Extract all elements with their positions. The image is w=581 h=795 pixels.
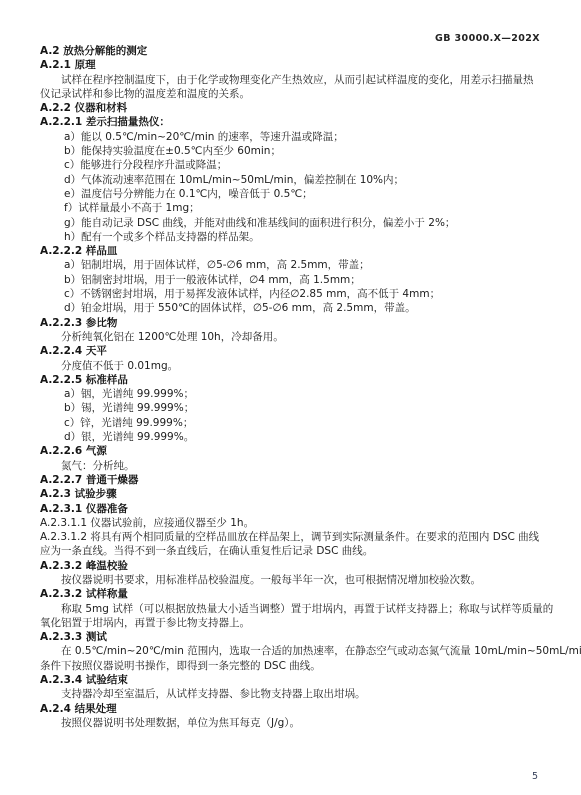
- paragraph-line: 分析纯氧化铝在 1200℃处理 10h，冷却备用。: [40, 330, 543, 344]
- paragraph-line: 氧化铝置于坩埚内，再置于参比物支持器上。: [40, 616, 543, 630]
- list-item: a）能以 0.5℃/min~20℃/min 的速率，等速升温或降温；: [40, 130, 543, 144]
- list-item: b）铝制密封坩埚，用于一般液体试样，∅4 mm，高 1.5mm；: [40, 273, 543, 287]
- list-item: e）温度信号分辨能力在 0.1℃内，噪音低于 0.5℃；: [40, 187, 543, 201]
- list-item: d）银，光谱纯 99.999%。: [40, 430, 543, 444]
- paragraph-line: 称取 5mg 试样（可以根据放热量大小适当调整）置于坩埚内，再置于试样支持器上；…: [40, 602, 543, 616]
- list-item: c）能够进行分段程序升温或降温；: [40, 158, 543, 172]
- paragraph-line: 仪记录试样和参比物的温度差和温度的关系。: [40, 87, 543, 101]
- section-heading: A.2.2.4 天平: [40, 344, 543, 358]
- section-heading: A.2.2.6 气源: [40, 444, 543, 458]
- list-item: c）锌，光谱纯 99.999%；: [40, 416, 543, 430]
- list-item: b）能保持实验温度在±0.5℃内至少 60min；: [40, 144, 543, 158]
- standard-code-header: GB 30000.X—202X: [435, 33, 540, 44]
- list-item: c）不锈钢密封坩埚，用于易挥发液体试样，内径∅2.85 mm，高不低于 4mm；: [40, 287, 543, 301]
- paragraph-line: 在 0.5℃/min~20℃/min 范围内，选取一合适的加热速率，在静态空气或…: [40, 644, 543, 658]
- section-heading: A.2.2.1 差示扫描量热仪：: [40, 115, 543, 129]
- list-item: d）铂金坩埚，用于 550℃的固体试样，∅5-∅6 mm，高 2.5mm，带盖。: [40, 301, 543, 315]
- list-item: f）试样量最小不高于 1mg；: [40, 201, 543, 215]
- paragraph-line: 支持器冷却至室温后，从试样支持器、参比物支持器上取出坩埚。: [40, 687, 543, 701]
- section-heading: A.2.3.3 测试: [40, 630, 543, 644]
- document-page: GB 30000.X—202X A.2 放热分解能的测定 A.2.1 原理 试样…: [0, 0, 581, 795]
- section-heading: A.2.2.3 参比物: [40, 316, 543, 330]
- list-item: g）能自动记录 DSC 曲线，并能对曲线和准基线间的面积进行积分，偏差小于 2%…: [40, 216, 543, 230]
- paragraph-line: 按照仪器说明书处理数据，单位为焦耳每克（J/g）。: [40, 716, 543, 730]
- section-heading: A.2 放热分解能的测定: [40, 44, 543, 58]
- section-heading: A.2.3 试验步骤: [40, 487, 543, 501]
- paragraph-line: 氮气：分析纯。: [40, 459, 543, 473]
- paragraph-line: 应为一条直线。当得不到一条直线后，在确认重复性后记录 DSC 曲线。: [40, 544, 543, 558]
- page-number: 5: [532, 771, 538, 782]
- section-heading: A.2.2.5 标准样品: [40, 373, 543, 387]
- section-heading: A.2.1 原理: [40, 58, 543, 72]
- list-item: a）铟，光谱纯 99.999%；: [40, 387, 543, 401]
- paragraph-line: 按仪器说明书要求，用标准样品校验温度。一般每半年一次，也可根据情况增加校验次数。: [40, 573, 543, 587]
- section-heading: A.2.3.4 试验结束: [40, 673, 543, 687]
- paragraph-line: A.2.3.1.1 仪器试验前，应接通仪器至少 1h。: [40, 516, 543, 530]
- paragraph-line: 分度值不低于 0.01mg。: [40, 359, 543, 373]
- paragraph-line: 试样在程序控制温度下，由于化学或物理变化产生热效应，从而引起试样温度的变化，用差…: [40, 73, 543, 87]
- list-item: a）铝制坩埚，用于固体试样，∅5-∅6 mm，高 2.5mm，带盖；: [40, 258, 543, 272]
- list-item: b）锡，光谱纯 99.999%；: [40, 401, 543, 415]
- section-heading: A.2.3.1 仪器准备: [40, 502, 543, 516]
- paragraph-line: 条件下按照仪器说明书操作，即得到一条完整的 DSC 曲线。: [40, 659, 543, 673]
- paragraph-line: A.2.3.1.2 将具有两个相同质量的空样品皿放在样品架上，调节到实际测量条件…: [40, 530, 543, 544]
- document-body: A.2 放热分解能的测定 A.2.1 原理 试样在程序控制温度下，由于化学或物理…: [40, 44, 543, 730]
- section-heading: A.2.2 仪器和材料: [40, 101, 543, 115]
- section-heading: A.2.2.7 普通干燥器: [40, 473, 543, 487]
- section-heading: A.2.3.2 峰温校验: [40, 559, 543, 573]
- section-heading: A.2.3.2 试样称量: [40, 587, 543, 601]
- section-heading: A.2.2.2 样品皿: [40, 244, 543, 258]
- list-item: h）配有一个或多个样品支持器的样品架。: [40, 230, 543, 244]
- list-item: d）气体流动速率范围在 10mL/min~50mL/min，偏差控制在 10%内…: [40, 173, 543, 187]
- section-heading: A.2.4 结果处理: [40, 702, 543, 716]
